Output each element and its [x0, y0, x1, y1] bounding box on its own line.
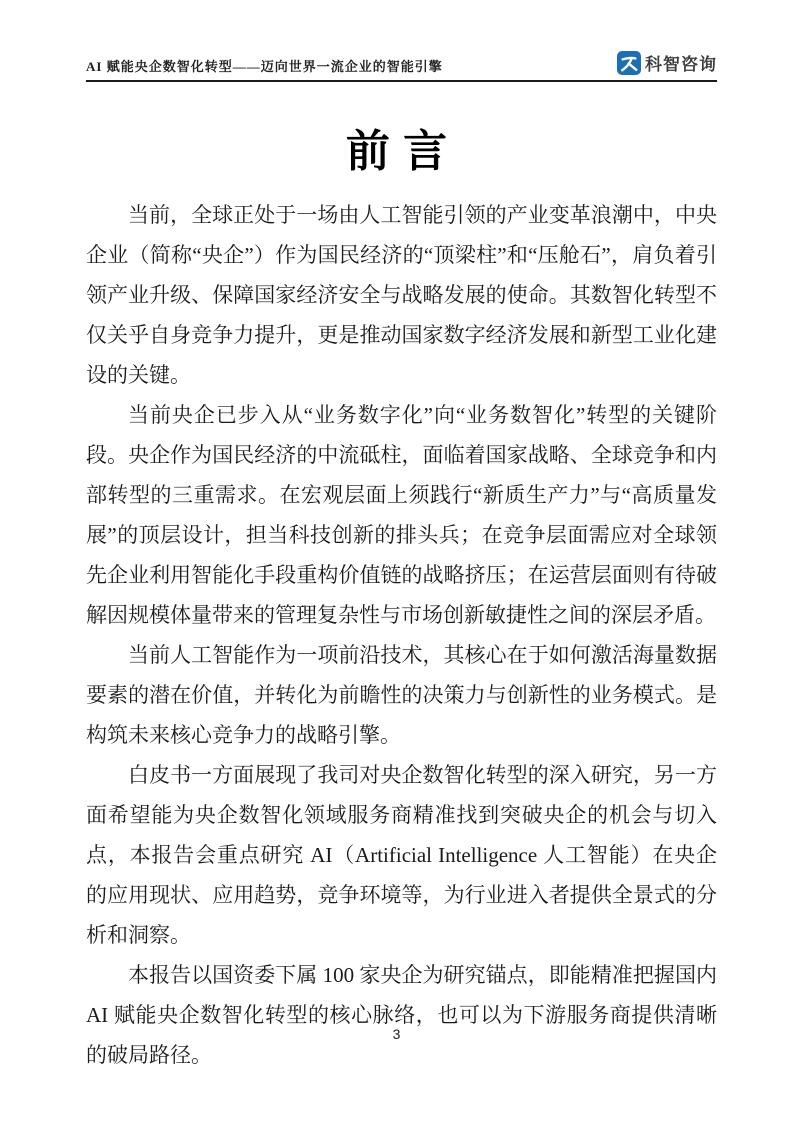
page-number: 3 [0, 1026, 793, 1042]
body-paragraph: 当前，全球正处于一场由人工智能引领的产业变革浪潮中，中央企业（简称“央企”）作为… [86, 195, 717, 395]
kezhi-logo-icon [617, 51, 641, 75]
document-body: 当前，全球正处于一场由人工智能引领的产业变革浪潮中，中央企业（简称“央企”）作为… [86, 195, 717, 1075]
brand-name: 科智咨询 [645, 50, 717, 75]
document-page: AI 赋能央企数智化转型——迈向世界一流企业的智能引擎 科智咨询 前言 当前，全… [0, 0, 793, 1122]
body-paragraph: 当前人工智能作为一项前沿技术，其核心在于如何激活海量数据要素的潜在价值，并转化为… [86, 635, 717, 755]
page-title: 前言 [0, 124, 793, 179]
body-paragraph: 白皮书一方面展现了我司对央企数智化转型的深入研究，另一方面希望能为央企数智化领域… [86, 755, 717, 955]
brand-logo: 科智咨询 [617, 50, 717, 75]
body-paragraph: 当前央企已步入从“业务数字化”向“业务数智化”转型的关键阶段。央企作为国民经济的… [86, 395, 717, 635]
body-paragraph: 本报告以国资委下属 100 家央企为研究锚点，即能精准把握国内 AI 赋能央企数… [86, 955, 717, 1075]
header-title: AI 赋能央企数智化转型——迈向世界一流企业的智能引擎 [86, 56, 443, 75]
page-header: AI 赋能央企数智化转型——迈向世界一流企业的智能引擎 科智咨询 [86, 0, 717, 82]
